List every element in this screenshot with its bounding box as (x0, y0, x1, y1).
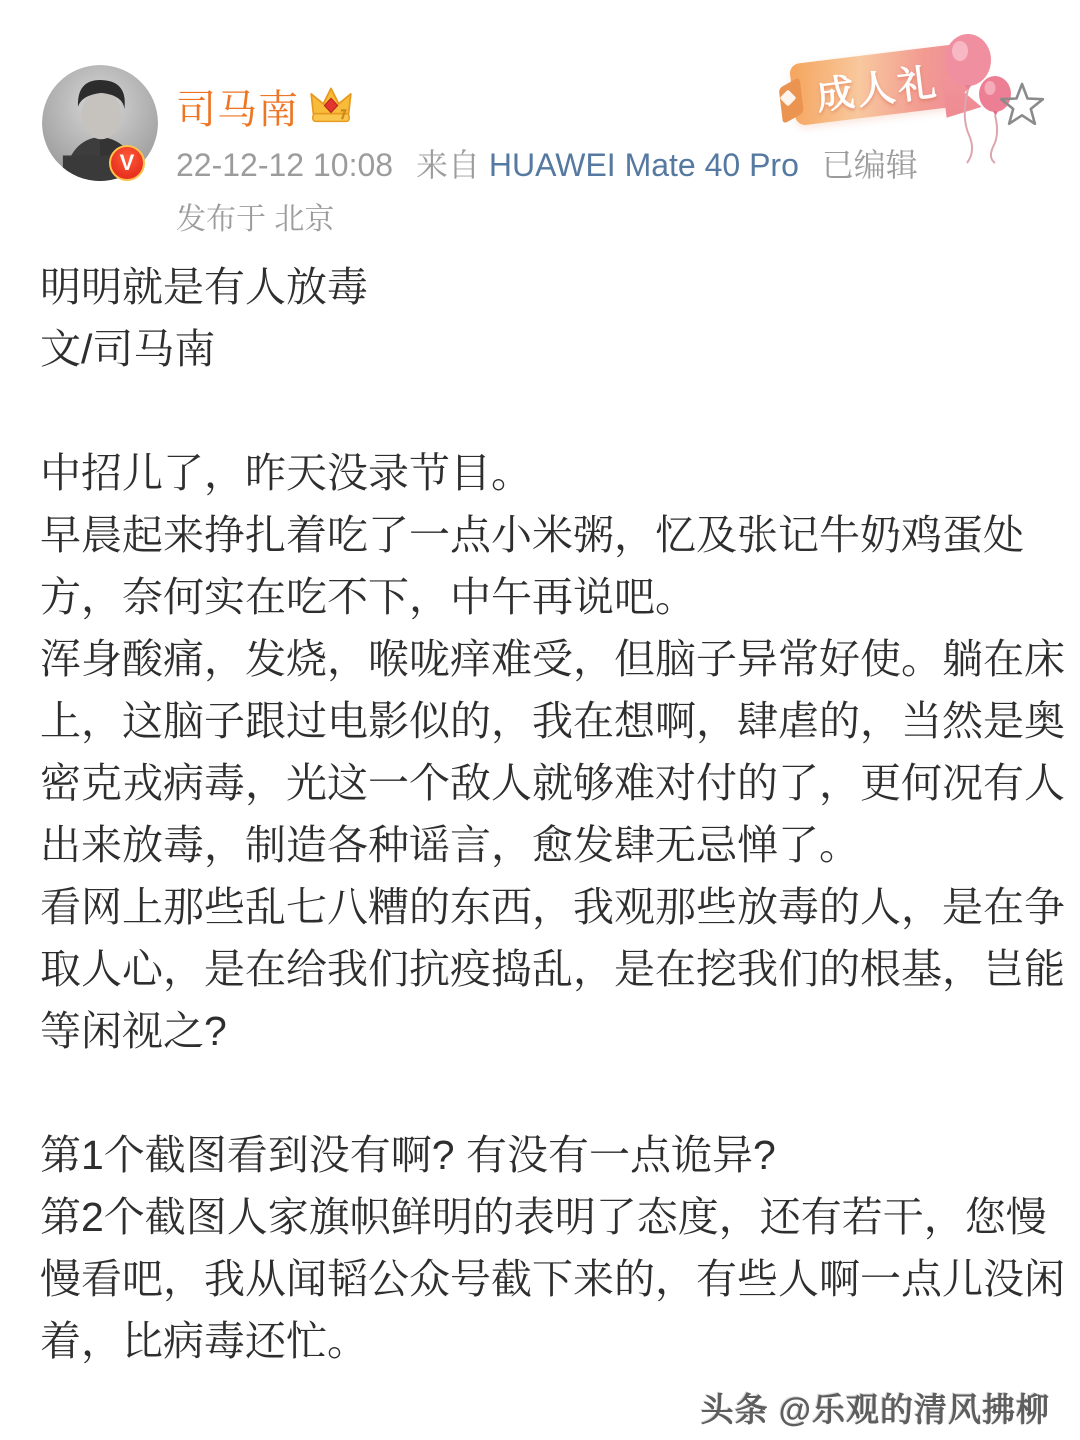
body-text-line: 第2个截图人家旗帜鲜明的表明了态度，还有若干，您慢 (40, 1186, 1060, 1248)
favorite-star-icon[interactable] (998, 80, 1046, 128)
body-text-line: 着，比病毒还忙。 (40, 1310, 1060, 1372)
location-line: 发布于 北京 (176, 194, 334, 238)
weibo-post-page: V 司马南 22-12-12 10:08 来自 HUAWEI Mate 40 P… (0, 0, 1080, 1440)
event-badge-ribbon: 成人礼 (789, 44, 965, 126)
watermark: 头条 @乐观的清风拂柳 (701, 1384, 1050, 1431)
event-badge-label: 成人礼 (813, 50, 942, 120)
verified-badge-icon: V (109, 145, 145, 181)
body-text-line: 明明就是有人放毒 (40, 256, 1060, 318)
body-text-line: 慢看吧，我从闻韬公众号截下来的，有些人啊一点儿没闲 (40, 1248, 1060, 1310)
body-text-line (40, 380, 1060, 442)
edited-label: 已编辑 (822, 147, 918, 183)
author-name[interactable]: 司马南 (176, 78, 299, 135)
source-prefix: 来自 (416, 147, 480, 183)
body-text-line: 第1个截图看到没有啊? 有没有一点诡异? (40, 1124, 1060, 1186)
body-text-line: 上，这脑子跟过电影似的，我在想啊，肆虐的，当然是奥 (40, 690, 1060, 752)
post-body: 明明就是有人放毒文/司马南中招儿了，昨天没录节目。早晨起来挣扎着吃了一点小米粥，… (40, 256, 1060, 1372)
body-text-line: 浑身酸痛，发烧，喉咙痒难受，但脑子异常好使。躺在床 (40, 628, 1060, 690)
post-meta: 22-12-12 10:08 来自 HUAWEI Mate 40 Pro 已编辑 (176, 140, 918, 186)
body-text-line: 中招儿了，昨天没录节目。 (40, 442, 1060, 504)
body-text-line (40, 1062, 1060, 1124)
avatar[interactable]: V (42, 65, 158, 181)
source-device-link[interactable]: HUAWEI Mate 40 Pro (489, 147, 799, 183)
body-text-line: 文/司马南 (40, 318, 1060, 380)
vip-crown-icon[interactable] (309, 86, 353, 126)
body-text-line: 密克戎病毒，光这一个敌人就够难对付的了，更何况有人 (40, 752, 1060, 814)
body-text-line: 方，奈何实在吃不下，中午再说吧。 (40, 566, 1060, 628)
body-text-line: 看网上那些乱七八糟的东西，我观那些放毒的人，是在争 (40, 876, 1060, 938)
body-text-line: 等闲视之? (40, 1000, 1060, 1062)
post-timestamp: 22-12-12 10:08 (176, 147, 393, 183)
body-text-line: 早晨起来挣扎着吃了一点小米粥，忆及张记牛奶鸡蛋处 (40, 504, 1060, 566)
body-text-line: 取人心，是在给我们抗疫捣乱，是在挖我们的根基，岂能 (40, 938, 1060, 1000)
body-text-line: 出来放毒，制造各种谣言，愈发肆无忌惮了。 (40, 814, 1060, 876)
sparkle-icon (933, 157, 941, 165)
